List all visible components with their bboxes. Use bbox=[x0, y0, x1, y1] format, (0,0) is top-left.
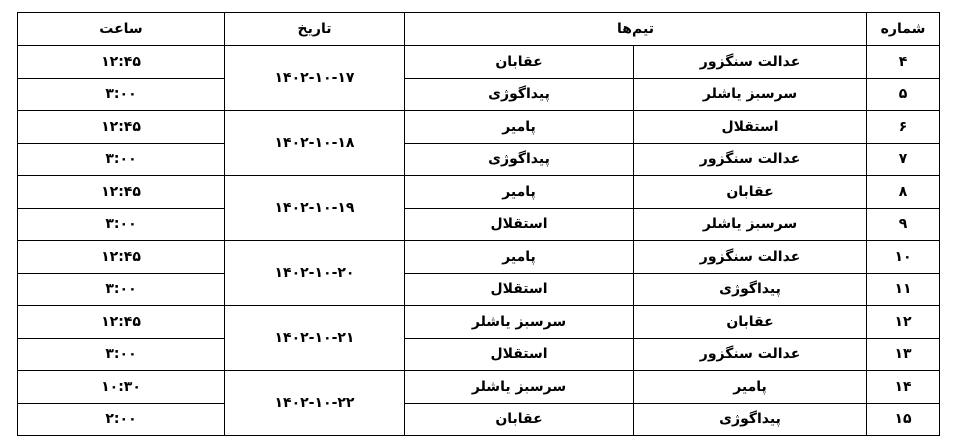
header-number: شماره bbox=[867, 13, 940, 46]
table-row: ۱۱ پیداگوژی استقلال ۳:۰۰ bbox=[18, 273, 940, 306]
away-team: عقابان bbox=[405, 46, 634, 79]
home-team: سرسبز یاشلر bbox=[634, 78, 867, 111]
match-number: ۱۵ bbox=[867, 403, 940, 436]
away-team: استقلال bbox=[405, 208, 634, 241]
match-date: ۱۴۰۲-۱۰-۲۱ bbox=[225, 306, 405, 371]
match-number: ۴ bbox=[867, 46, 940, 79]
match-number: ۹ bbox=[867, 208, 940, 241]
match-time: ۳:۰۰ bbox=[18, 338, 225, 371]
match-time: ۱۲:۴۵ bbox=[18, 306, 225, 339]
table-row: ۵ سرسبز یاشلر پیداگوژی ۳:۰۰ bbox=[18, 78, 940, 111]
away-team: استقلال bbox=[405, 338, 634, 371]
match-date: ۱۴۰۲-۱۰-۱۷ bbox=[225, 46, 405, 111]
match-time: ۳:۰۰ bbox=[18, 143, 225, 176]
away-team: پامیر bbox=[405, 111, 634, 144]
match-date: ۱۴۰۲-۱۰-۲۲ bbox=[225, 371, 405, 436]
table-row: ۱۲ عقابان سرسبز یاشلر ۱۴۰۲-۱۰-۲۱ ۱۲:۴۵ bbox=[18, 306, 940, 339]
table-row: ۴ عدالت سنگزور عقابان ۱۴۰۲-۱۰-۱۷ ۱۲:۴۵ bbox=[18, 46, 940, 79]
home-team: پیداگوژی bbox=[634, 273, 867, 306]
match-time: ۳:۰۰ bbox=[18, 273, 225, 306]
home-team: عقابان bbox=[634, 306, 867, 339]
table-row: ۷ عدالت سنگزور پیداگوژی ۳:۰۰ bbox=[18, 143, 940, 176]
table-row: ۱۴ پامیر سرسبز یاشلر ۱۴۰۲-۱۰-۲۲ ۱۰:۳۰ bbox=[18, 371, 940, 404]
table-row: ۱۰ عدالت سنگزور پامیر ۱۴۰۲-۱۰-۲۰ ۱۲:۴۵ bbox=[18, 241, 940, 274]
match-number: ۱۴ bbox=[867, 371, 940, 404]
away-team: پامیر bbox=[405, 241, 634, 274]
match-time: ۳:۰۰ bbox=[18, 208, 225, 241]
match-number: ۱۲ bbox=[867, 306, 940, 339]
header-row: شماره تیم‌ها تاریخ ساعت bbox=[18, 13, 940, 46]
home-team: عدالت سنگزور bbox=[634, 46, 867, 79]
home-team: پامیر bbox=[634, 371, 867, 404]
header-teams: تیم‌ها bbox=[405, 13, 867, 46]
away-team: عقابان bbox=[405, 403, 634, 436]
home-team: عدالت سنگزور bbox=[634, 143, 867, 176]
table-row: ۹ سرسبز یاشلر استقلال ۳:۰۰ bbox=[18, 208, 940, 241]
home-team: عقابان bbox=[634, 176, 867, 209]
home-team: استقلال bbox=[634, 111, 867, 144]
match-number: ۱۱ bbox=[867, 273, 940, 306]
match-time: ۳:۰۰ bbox=[18, 78, 225, 111]
match-date: ۱۴۰۲-۱۰-۱۹ bbox=[225, 176, 405, 241]
away-team: پامیر bbox=[405, 176, 634, 209]
match-schedule-table: شماره تیم‌ها تاریخ ساعت ۴ عدالت سنگزور ع… bbox=[17, 12, 940, 436]
match-date: ۱۴۰۲-۱۰-۲۰ bbox=[225, 241, 405, 306]
match-time: ۱۲:۴۵ bbox=[18, 176, 225, 209]
table-row: ۱۵ پیداگوژی عقابان ۲:۰۰ bbox=[18, 403, 940, 436]
away-team: پیداگوژی bbox=[405, 78, 634, 111]
away-team: سرسبز یاشلر bbox=[405, 306, 634, 339]
match-number: ۱۰ bbox=[867, 241, 940, 274]
match-number: ۶ bbox=[867, 111, 940, 144]
match-time: ۱۲:۴۵ bbox=[18, 46, 225, 79]
match-number: ۵ bbox=[867, 78, 940, 111]
table-row: ۱۳ عدالت سنگزور استقلال ۳:۰۰ bbox=[18, 338, 940, 371]
away-team: سرسبز یاشلر bbox=[405, 371, 634, 404]
match-date: ۱۴۰۲-۱۰-۱۸ bbox=[225, 111, 405, 176]
match-time: ۱۰:۳۰ bbox=[18, 371, 225, 404]
home-team: سرسبز یاشلر bbox=[634, 208, 867, 241]
match-time: ۲:۰۰ bbox=[18, 403, 225, 436]
header-time: ساعت bbox=[18, 13, 225, 46]
match-time: ۱۲:۴۵ bbox=[18, 111, 225, 144]
home-team: عدالت سنگزور bbox=[634, 241, 867, 274]
away-team: پیداگوژی bbox=[405, 143, 634, 176]
header-date: تاریخ bbox=[225, 13, 405, 46]
table-row: ۸ عقابان پامیر ۱۴۰۲-۱۰-۱۹ ۱۲:۴۵ bbox=[18, 176, 940, 209]
home-team: پیداگوژی bbox=[634, 403, 867, 436]
match-number: ۸ bbox=[867, 176, 940, 209]
table-row: ۶ استقلال پامیر ۱۴۰۲-۱۰-۱۸ ۱۲:۴۵ bbox=[18, 111, 940, 144]
home-team: عدالت سنگزور bbox=[634, 338, 867, 371]
match-number: ۷ bbox=[867, 143, 940, 176]
away-team: استقلال bbox=[405, 273, 634, 306]
match-time: ۱۲:۴۵ bbox=[18, 241, 225, 274]
match-number: ۱۳ bbox=[867, 338, 940, 371]
